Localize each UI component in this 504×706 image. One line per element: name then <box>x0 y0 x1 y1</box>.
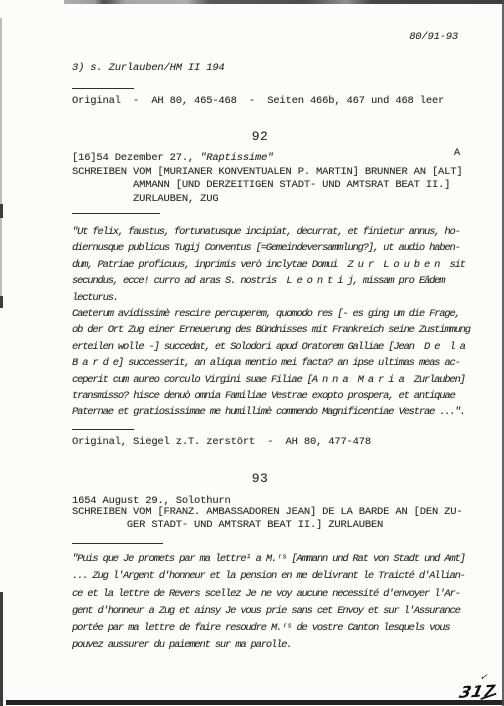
entry92-date-row: [16]54 Dezember 27., "Raptissime" A <box>72 147 460 165</box>
divider-rule <box>72 213 160 214</box>
handwritten-number-text: 317 <box>458 681 498 702</box>
divider-rule <box>72 88 134 89</box>
entry92-source-line: Original, Siegel z.T. zerstört - AH 80, … <box>72 436 371 449</box>
scan-edge-left-mark <box>0 592 3 706</box>
handwritten-page-number: ✓ 317 <box>458 681 498 702</box>
entry92-quote: "Ut felix, faustus, fortunatusque incipi… <box>72 224 470 421</box>
entry92-date: [16]54 Dezember 27., <box>72 152 200 164</box>
scan-edge-left-mark <box>0 296 3 308</box>
entry93-quote: "Puis que Je promets par ma lettre¹ a M.… <box>72 551 465 655</box>
scanned-document-page: 80/91-93 3) s. Zurlauben/HM II 194 Origi… <box>0 0 504 706</box>
scan-edge-left <box>0 18 2 308</box>
entry93-title: SCHREIBEN VOM [FRANZ. AMBASSADOREN JEAN]… <box>72 506 462 533</box>
scan-edge-top <box>64 0 504 4</box>
footnote-reference: 3) s. Zurlauben/HM II 194 <box>72 62 225 75</box>
scan-edge-bottom <box>6 700 504 705</box>
entry92-title: SCHREIBEN VOM [MURIANER KONVENTUALEN P. … <box>72 166 462 206</box>
entry92-motto: "Raptissime" <box>200 152 273 164</box>
entry93-number: 93 <box>60 472 460 485</box>
page-header-archive-ref: 80/91-93 <box>409 31 458 44</box>
scan-edge-left-mark <box>0 204 3 218</box>
entry92-number: 92 <box>60 130 460 143</box>
divider-rule <box>72 429 134 430</box>
divider-rule <box>72 543 163 544</box>
entry91-source-line: Original - AH 80, 465-468 - Seiten 466b,… <box>72 95 444 108</box>
entry92-corner-letter: A <box>454 147 460 160</box>
